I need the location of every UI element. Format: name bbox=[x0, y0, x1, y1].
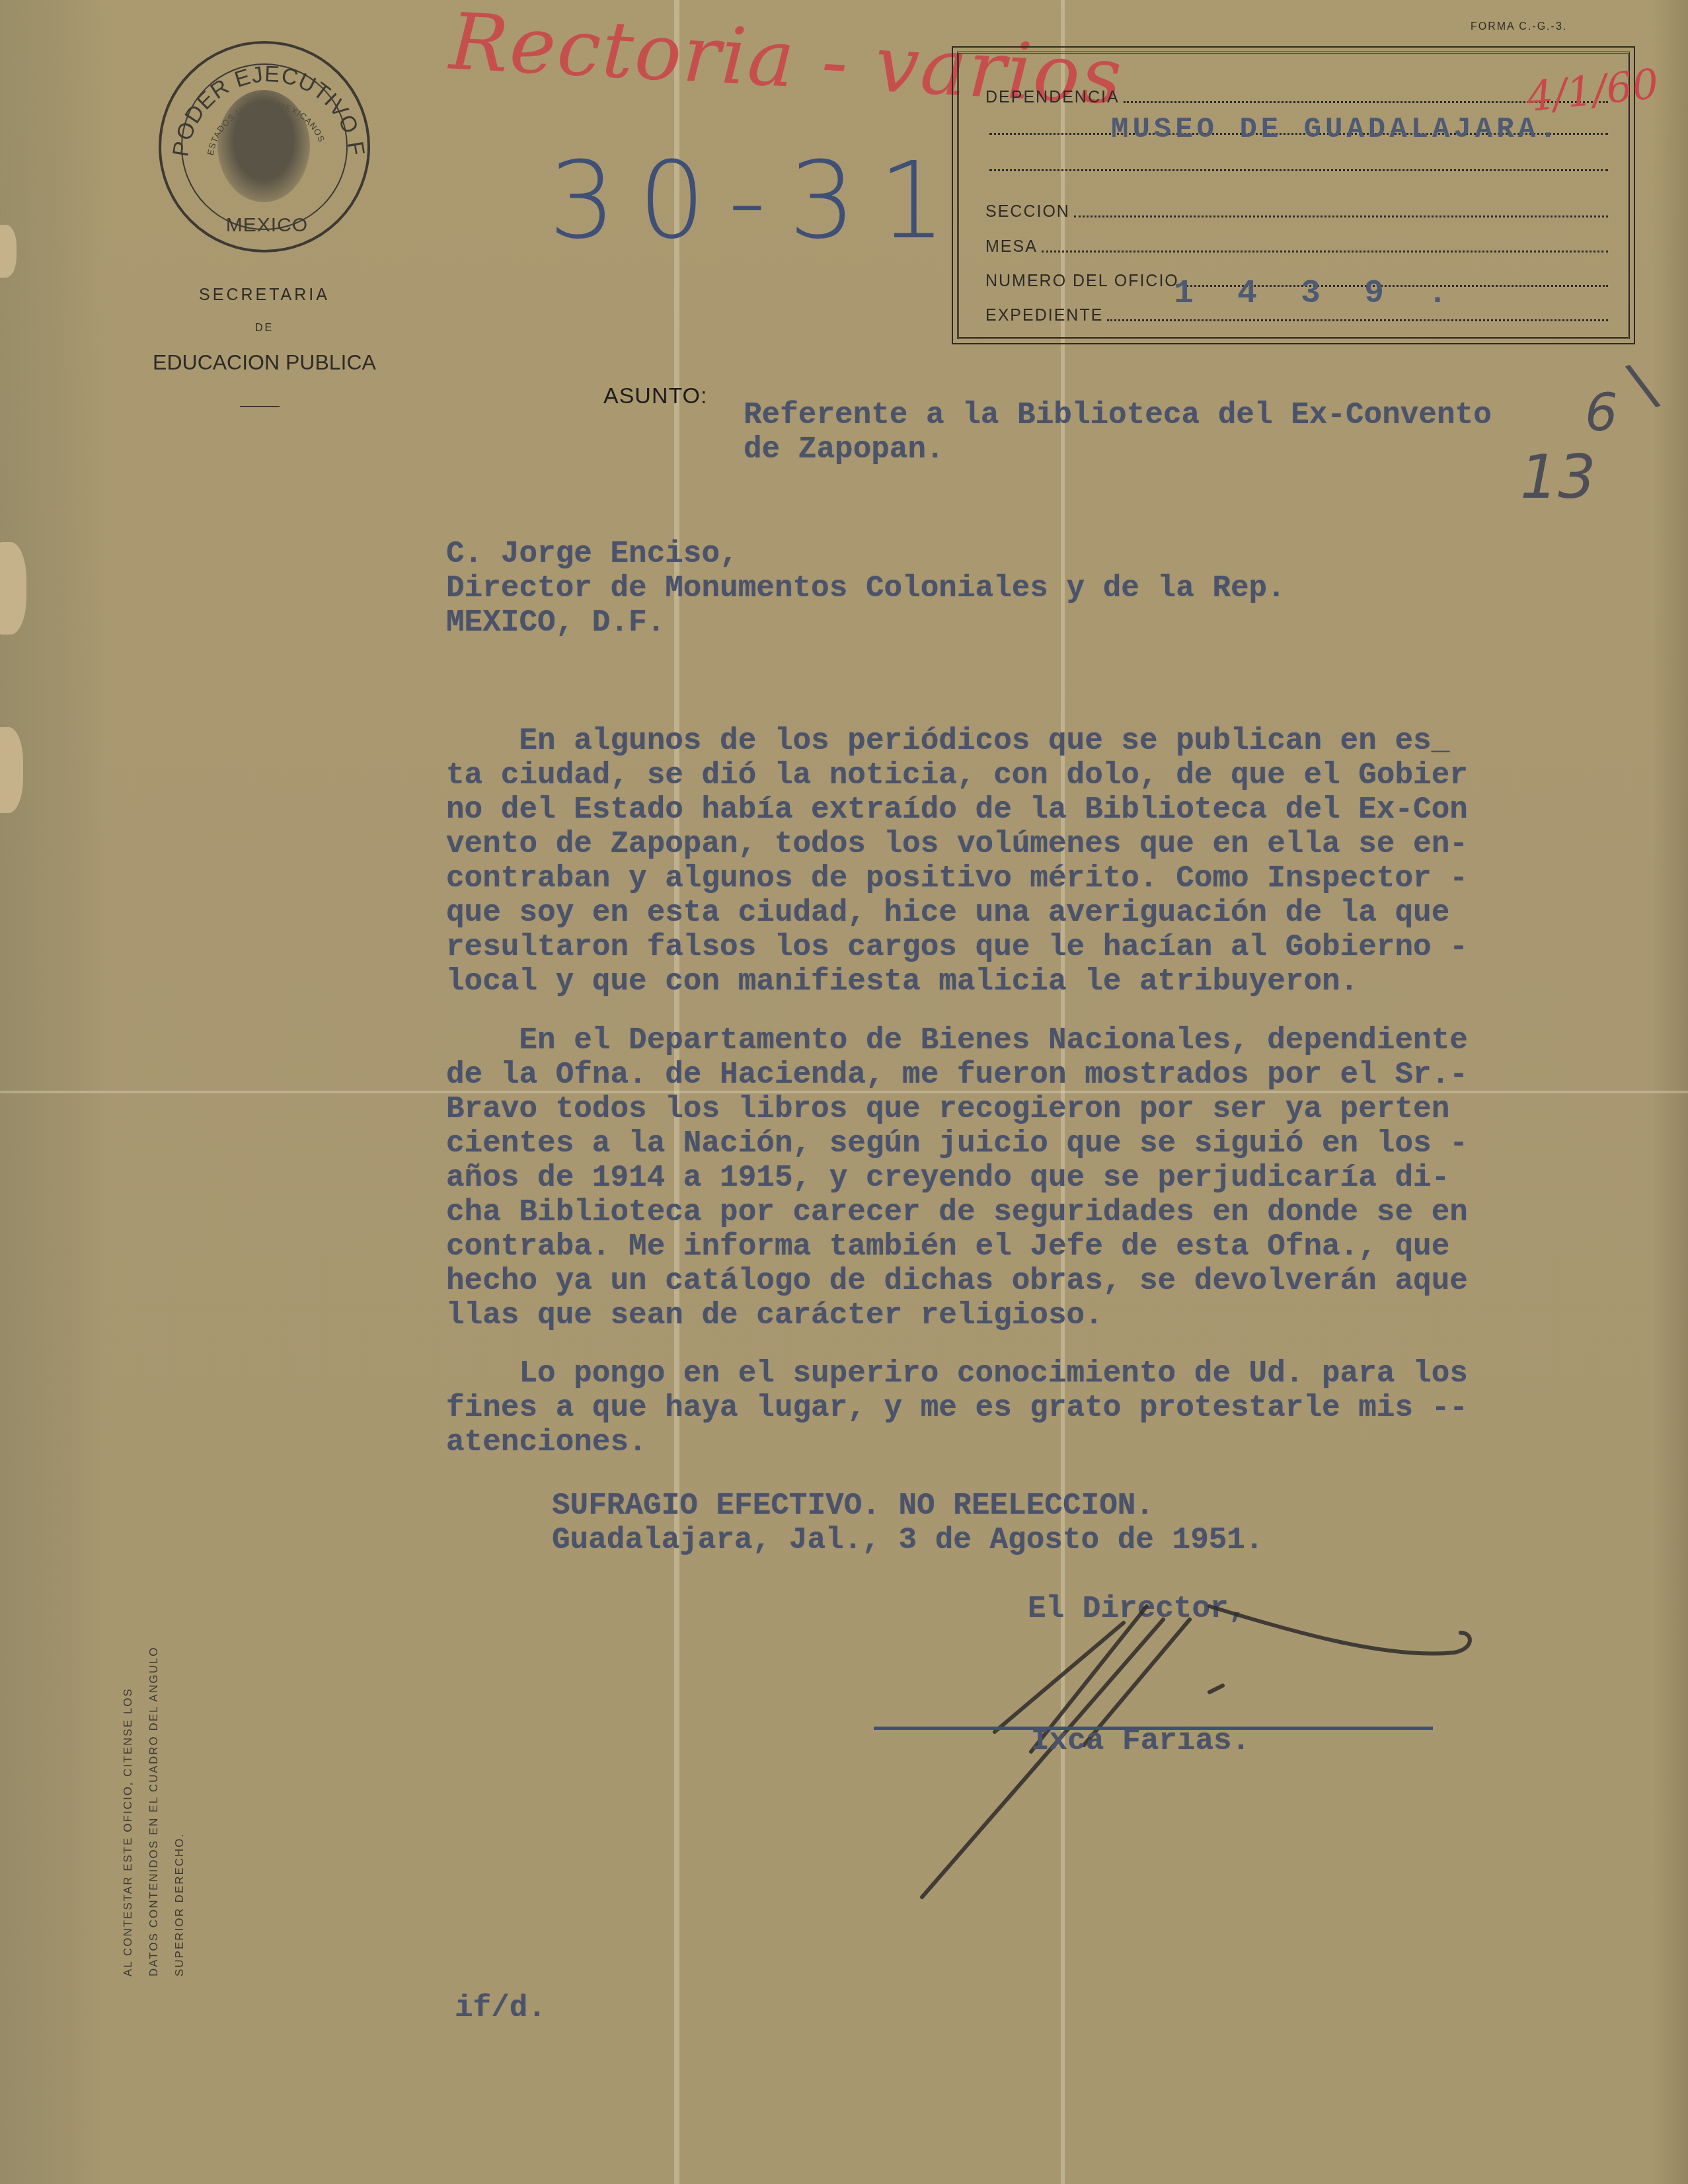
place-date: Guadalajara, Jal., 3 de Agosto de 1951. bbox=[552, 1523, 1264, 1557]
asunto-label: ASUNTO: bbox=[603, 383, 708, 409]
director-title: El Director, bbox=[1028, 1592, 1247, 1626]
blue-handwritten-number: 30-31 bbox=[549, 139, 968, 262]
letterhead-sep: EDUCACION PUBLICA bbox=[152, 350, 377, 375]
mesa-label: MESA bbox=[985, 237, 1038, 256]
seccion-line bbox=[1074, 215, 1608, 217]
signer-name: Ixca Farias. bbox=[1031, 1724, 1250, 1758]
seccion-label: SECCION bbox=[985, 202, 1070, 221]
pencil-number-13: 13 bbox=[1520, 443, 1596, 512]
letterhead-secretaria: SECRETARIA bbox=[152, 286, 377, 305]
document-page: PODER EJECUTIVO FEDERAL ESTADOS UNIDOS M… bbox=[0, 0, 1688, 2184]
pencil-stroke-mark: \ bbox=[1621, 349, 1664, 421]
form-row-dependencia: DEPENDENCIA bbox=[985, 88, 1608, 107]
motto: SUFRAGIO EFECTIVO. NO REELECCION. bbox=[552, 1489, 1154, 1523]
form-code: FORMA C.-G.-3. bbox=[1471, 21, 1567, 33]
torn-edge bbox=[0, 542, 26, 635]
form-row-blank bbox=[985, 169, 1608, 175]
pencil-number-6: 6 bbox=[1585, 383, 1618, 443]
seal-bottom-text: MEXICO bbox=[224, 214, 310, 237]
blank-line bbox=[989, 169, 1608, 171]
torn-edge bbox=[0, 727, 23, 813]
dependencia-label: DEPENDENCIA bbox=[985, 88, 1120, 107]
dependencia-value: MUSEO DE GUADALAJARA. bbox=[1111, 113, 1561, 146]
body-paragraph-2: En el Departamento de Bienes Nacionales,… bbox=[446, 1023, 1468, 1333]
eagle-emblem-icon bbox=[217, 90, 310, 202]
expediente-line bbox=[1107, 319, 1608, 321]
recipient-block: C. Jorge Enciso, Director de Monumentos … bbox=[446, 537, 1285, 640]
form-row-seccion: SECCION bbox=[985, 202, 1608, 221]
closing-block: SUFRAGIO EFECTIVO. NO REELECCION. Guadal… bbox=[552, 1489, 1264, 1557]
numero-oficio-label: NUMERO DEL OFICIO bbox=[985, 272, 1179, 291]
mesa-line bbox=[1042, 251, 1608, 253]
government-seal-icon: PODER EJECUTIVO FEDERAL ESTADOS UNIDOS M… bbox=[159, 41, 370, 253]
expediente-label: EXPEDIENTE bbox=[985, 306, 1103, 325]
expediente-value: 1 4 3 9 . bbox=[1174, 275, 1459, 313]
form-row-mesa: MESA bbox=[985, 237, 1608, 256]
letterhead-de: DE bbox=[152, 323, 377, 334]
body-paragraph-1: En algunos de los periódicos que se publ… bbox=[446, 724, 1468, 999]
body-paragraph-3: Lo pongo en el superiro conocimiento de … bbox=[446, 1356, 1468, 1460]
typist-initials: if/d. bbox=[455, 1991, 546, 2025]
asunto-text: Referente a la Biblioteca del Ex-Convent… bbox=[744, 398, 1492, 467]
letterhead-divider bbox=[240, 406, 280, 407]
vertical-margin-note: AL CONTESTAR ESTE OFICIO, CITENSE LOS DA… bbox=[115, 1580, 214, 1976]
torn-edge bbox=[0, 225, 17, 278]
